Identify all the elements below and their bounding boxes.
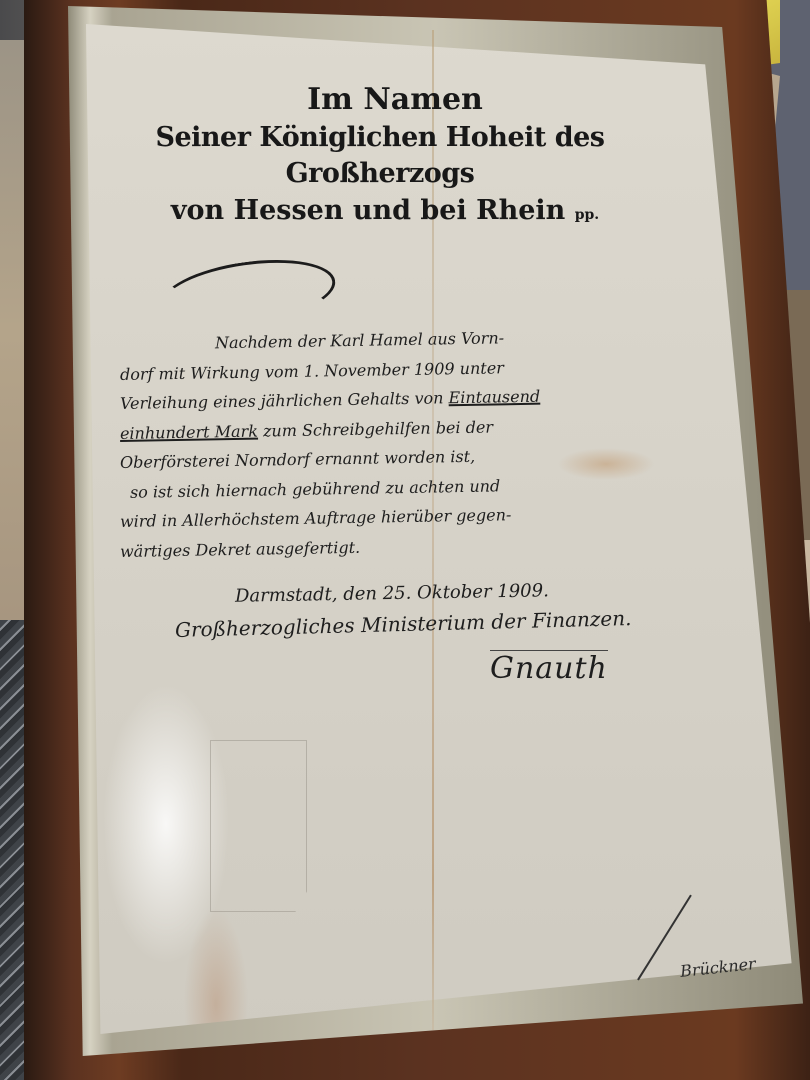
body-line-4-text: zum Schreibgehilfen bei der	[263, 417, 493, 440]
heading-line-2: Seiner Königlichen Hoheit des Großherzog…	[90, 120, 670, 192]
signature-main: Gnauth	[490, 650, 608, 686]
salary-amount-part1: Eintausend	[448, 387, 540, 408]
heading-line-3-text: von Hessen und bei Rhein	[171, 195, 565, 226]
document-heading: Im Namen Seiner Königlichen Hoheit des G…	[90, 80, 670, 234]
document-body: Nachdem der Karl Hamel aus Vorn- dorf mi…	[120, 330, 720, 566]
heading-line-3: von Hessen und bei Rhein pp.	[100, 192, 670, 234]
salary-amount-part2: einhundert Mark	[120, 421, 258, 442]
embossed-seal	[210, 740, 307, 912]
heading-line-1: Im Namen	[120, 80, 670, 120]
heading-pp: pp.	[575, 207, 599, 223]
body-line-3-text: Verleihung eines jährlichen Gehalts von	[120, 388, 444, 413]
